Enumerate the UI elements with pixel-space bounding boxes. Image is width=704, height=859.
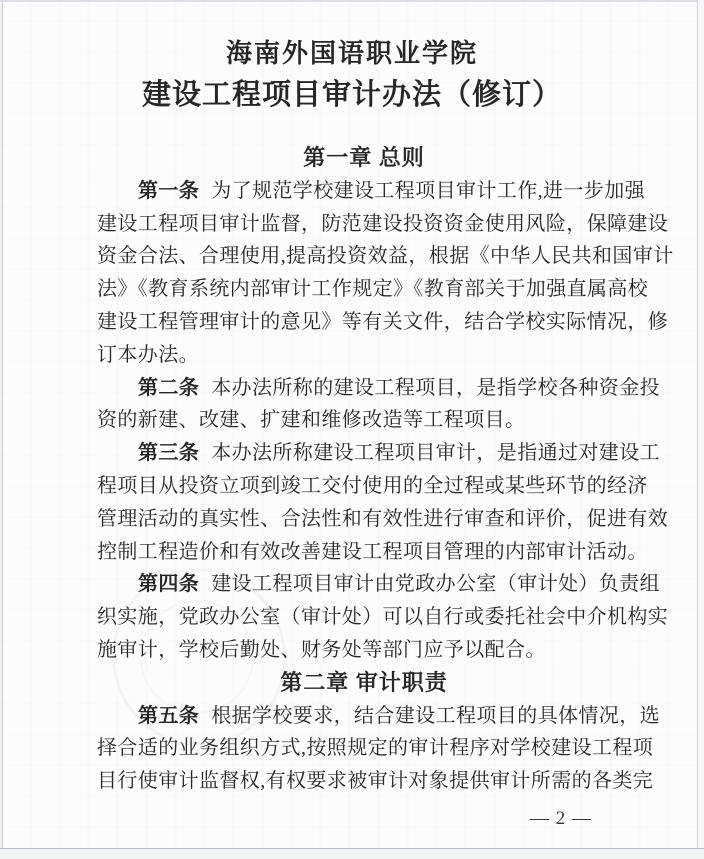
document-title: 海南外国语职业学院 建设工程项目审计办法（修订） [0, 36, 704, 115]
scan-edge-right-outer [698, 0, 704, 859]
body-line: 程项目从投资立项到竣工交付使用的全过程或某些环节的经济 [97, 470, 631, 503]
document-body: 第一章 总则 第一条为了规范学校建设工程项目审计工作,进一步加强 建设工程项目审… [97, 142, 631, 798]
body-line: 第五条根据学校要求，结合建设工程项目的具体情况，选 [97, 700, 631, 733]
body-line: 管理活动的真实性、合法性和有效性进行审查和评价，促进有效 [97, 503, 631, 536]
article-marker: 第三条 [138, 442, 199, 464]
article-marker: 第四条 [138, 573, 199, 595]
scan-edge-top [0, 0, 704, 2]
body-line: 订本办法。 [97, 339, 631, 372]
body-line: 法》《教育系统内部审计工作规定》《教育部关于加强直属高校 [97, 273, 631, 306]
article-marker: 第五条 [138, 705, 199, 727]
body-line: 资金合法、合理使用,提高投资效益，根据《中华人民共和国审计 [97, 240, 631, 273]
body-line: 控制工程造价和有效改善建设工程项目管理的内部审计活动。 [97, 536, 631, 569]
body-line: 第四条建设工程项目审计由党政办公室（审计处）负责组 [97, 568, 631, 601]
scan-edge-bottom-outer [0, 849, 704, 859]
body-line: 建设工程管理审计的意见》等有关文件，结合学校实际情况，修 [97, 306, 631, 339]
article-marker: 第一条 [138, 180, 199, 202]
body-line: 第三条本办法所称建设工程项目审计，是指通过对建设工 [97, 437, 631, 470]
body-line: 第二条本办法所称的建设工程项目，是指学校各种资金投 [97, 372, 631, 405]
body-line: 织实施，党政办公室（审计处）可以自行或委托社会中介机构实 [97, 601, 631, 634]
scan-edge-bottom [0, 848, 704, 849]
body-line: 资的新建、改建、扩建和维修改造等工程项目。 [97, 404, 631, 437]
body-line-text: 本办法所称的建设工程项目，是指学校各种资金投 [211, 377, 660, 399]
body-line: 建设工程项目审计监督，防范建设投资资金使用风险，保障建设 [97, 208, 631, 241]
title-line-1: 海南外国语职业学院 [0, 36, 704, 72]
chapter-heading-1: 第一章 总则 [97, 142, 631, 175]
body-line: 施审计，学校后勤处、财务处等部门应予以配合。 [97, 634, 631, 667]
title-line-2: 建设工程项目审计办法（修订） [0, 75, 704, 115]
page-number: — 2 — [530, 808, 592, 830]
body-line: 目行使审计监督权,有权要求被审计对象提供审计所需的各类完 [97, 765, 631, 798]
body-line-text: 建设工程项目审计由党政办公室（审计处）负责组 [211, 573, 660, 595]
body-line-text: 为了规范学校建设工程项目审计工作,进一步加强 [211, 180, 645, 202]
body-line: 择合适的业务组织方式,按照规定的审计程序对学校建设工程项 [97, 732, 631, 765]
scan-edge-left [2, 0, 3, 859]
article-marker: 第二条 [138, 377, 199, 399]
chapter-heading-2: 第二章 审计职责 [97, 667, 631, 700]
body-line-text: 根据学校要求，结合建设工程项目的具体情况，选 [211, 705, 660, 727]
body-line-text: 本办法所称建设工程项目审计，是指通过对建设工 [211, 442, 660, 464]
document-page: 海南外国语职业学院 建设工程项目审计办法（修订） 第一章 总则 第一条为了规范学… [0, 0, 704, 859]
body-line: 第一条为了规范学校建设工程项目审计工作,进一步加强 [97, 175, 631, 208]
scan-edge-right [697, 0, 698, 859]
